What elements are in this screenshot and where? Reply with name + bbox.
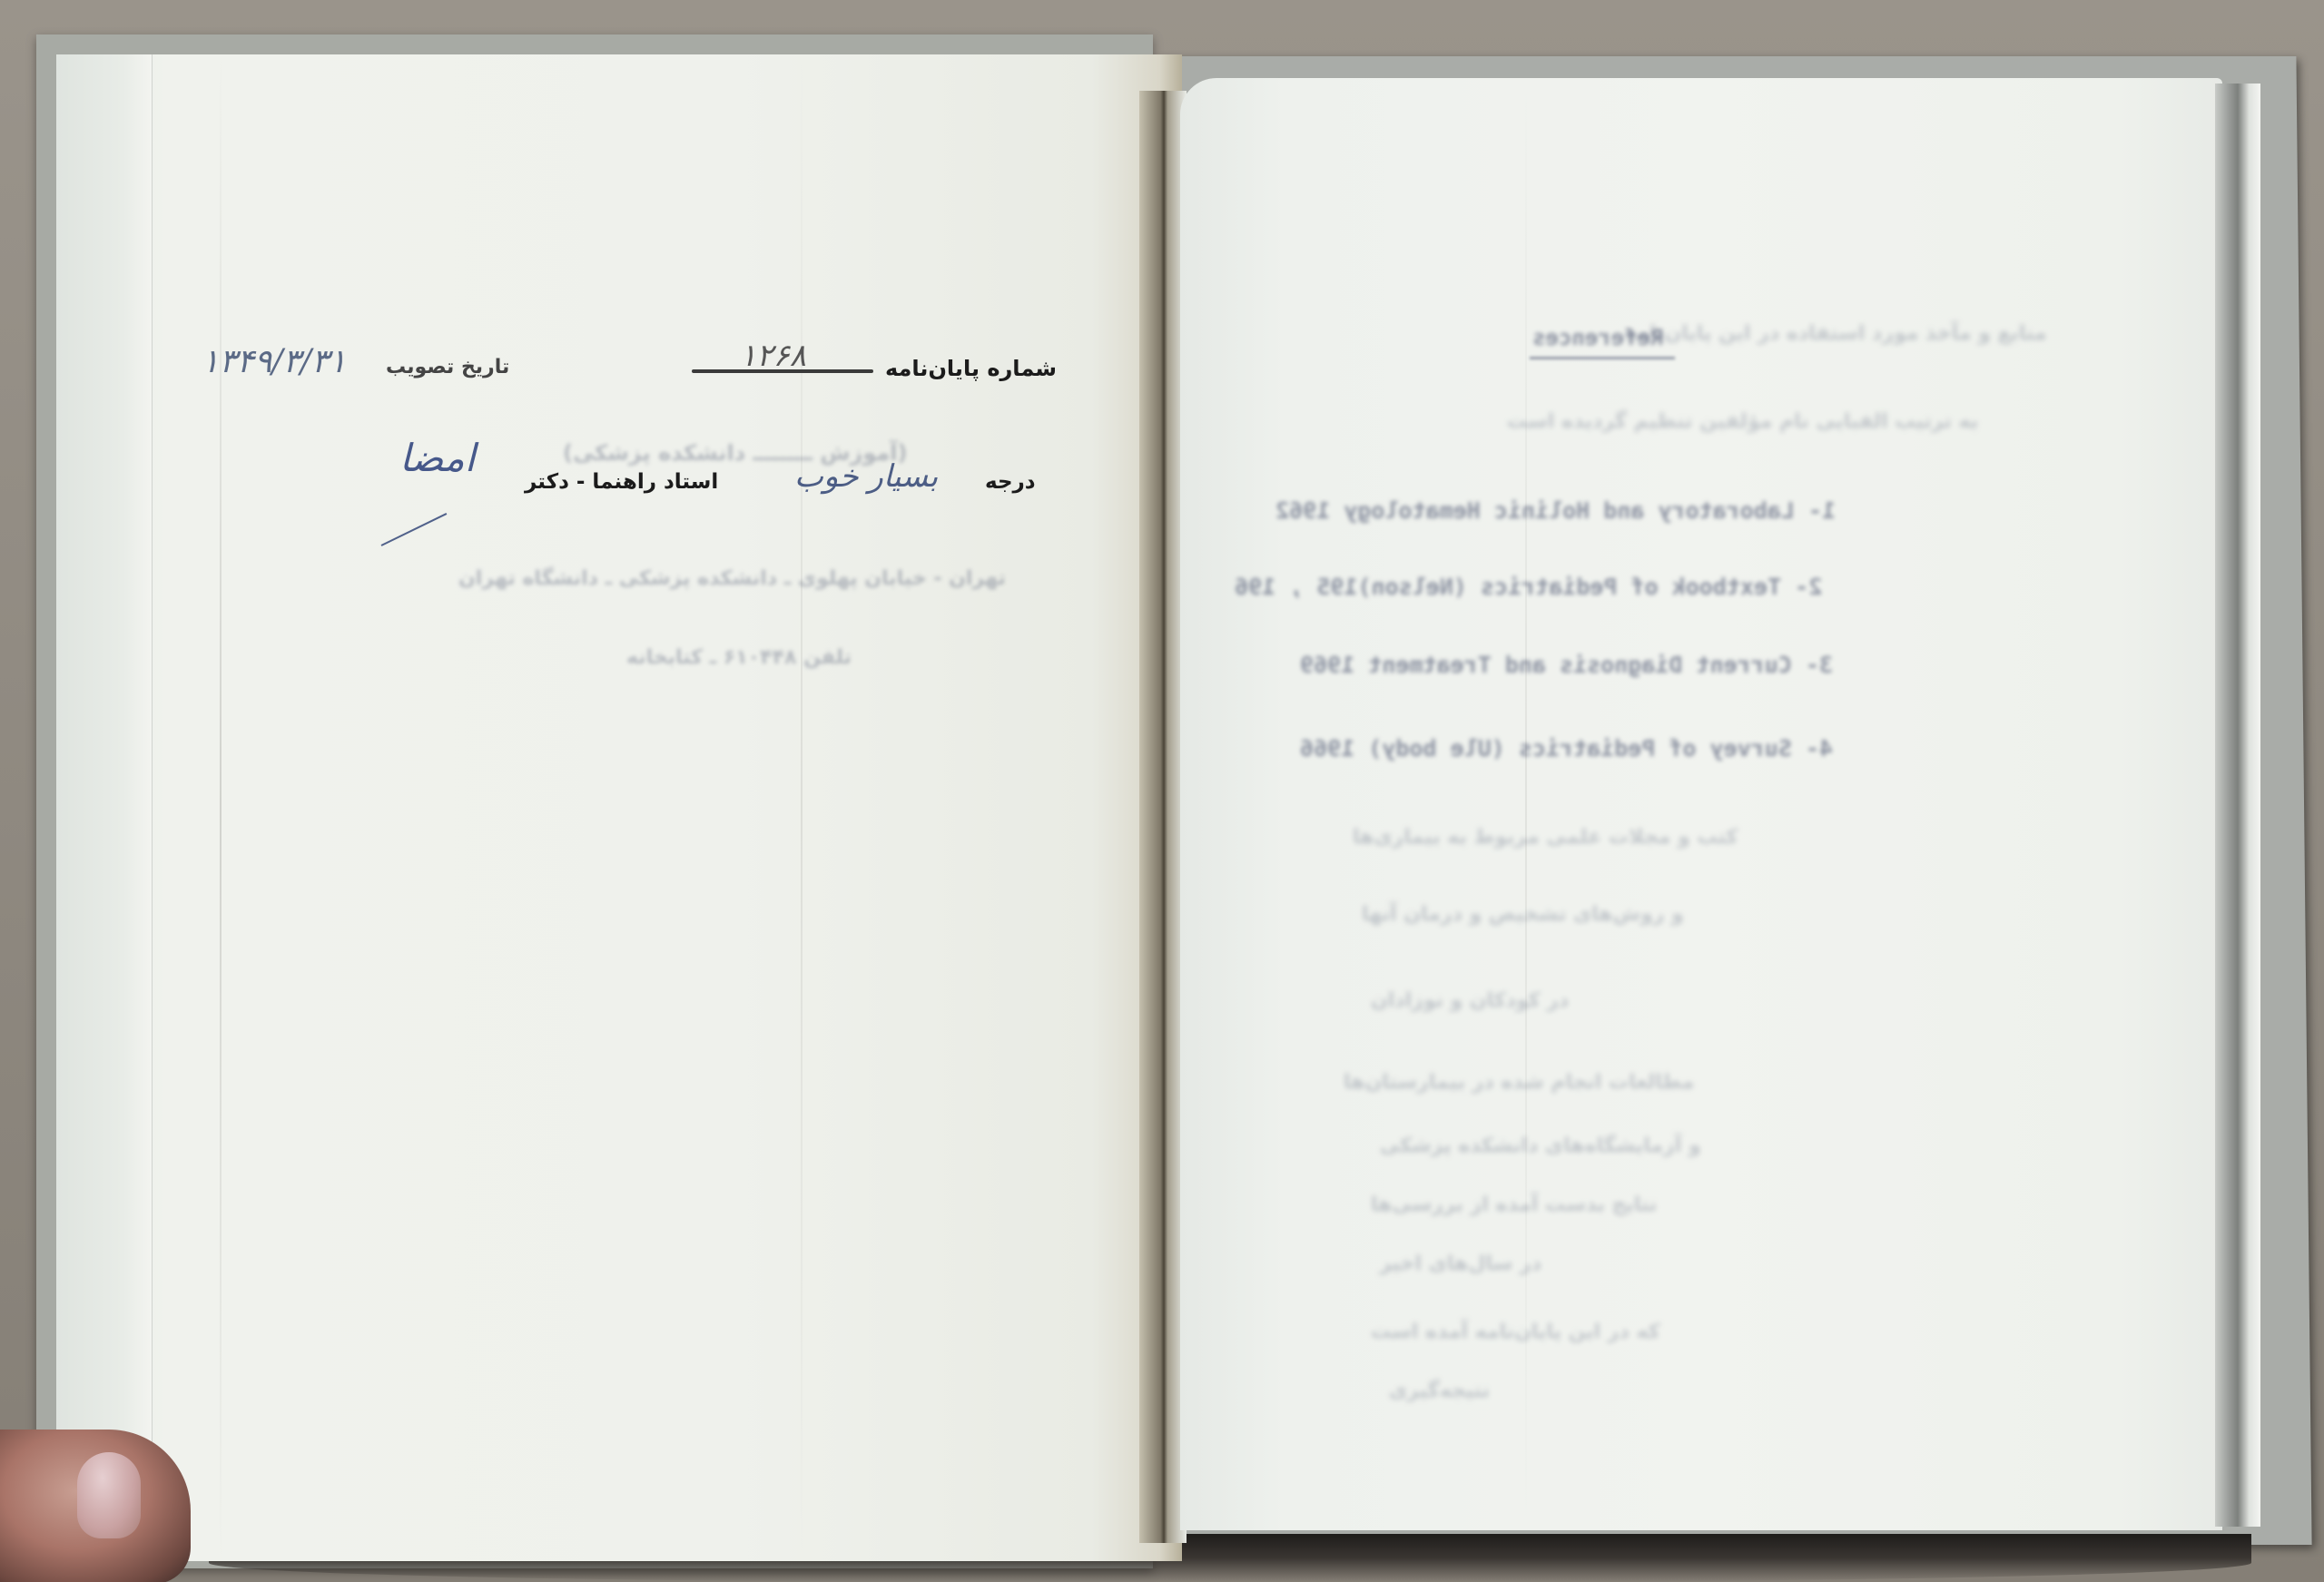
flyleaf-edge: [56, 54, 153, 1561]
reference-item-mirrored: 1- Laboratory and Holinic Hematology 196…: [1275, 497, 1836, 524]
thesis-number-handwritten: ۱۲۶۸: [740, 338, 806, 374]
supervisor-signature: امضا: [399, 436, 475, 480]
faded-show-through-line: کتب و مجلات علمی مربوط به بیماری‌ها: [1353, 826, 1738, 849]
faded-show-through-line: در کودکان و نوزادان: [1371, 989, 1569, 1012]
reference-item-mirrored: 3- Current Diagnosis and Treatment 1969: [1300, 652, 1833, 678]
reference-item-mirrored: 2- Textbook of Pediatrics (Nelson)195 , …: [1235, 574, 1822, 600]
photo-scene: شماره پایان‌نامه ۱۲۶۸ تاریخ تصویب ۱۳۴۹/۳…: [0, 0, 2324, 1582]
faded-show-through-line: در سال‌های اخیر: [1380, 1253, 1541, 1275]
faded-show-through-line: که در این پایان‌نامه آمده است: [1371, 1321, 1660, 1343]
right-page: [1180, 78, 2222, 1530]
page-block-edges: [2215, 84, 2260, 1527]
holding-thumb: [0, 1430, 191, 1582]
faded-show-through-line: نتیجه‌گیری: [1389, 1380, 1490, 1402]
faded-show-through-line: و آزمایشگاه‌های دانشکده پزشکی: [1380, 1135, 1701, 1157]
approval-date-label: تاریخ تصویب: [386, 356, 509, 378]
thesis-number-label: شماره پایان‌نامه: [885, 356, 1057, 381]
left-page: [56, 54, 1182, 1561]
paper-crease: [801, 54, 803, 1561]
faded-show-through-line: مطالعات انجام شده در بیمارستان‌ها: [1344, 1071, 1694, 1094]
approval-date-handwritten: ۱۳۴۹/۳/۳۱: [202, 343, 347, 380]
reference-item-mirrored: 4- Survey of Pediatrics (Ule body) 1966: [1300, 735, 1833, 762]
grade-label: درجه: [985, 470, 1036, 494]
faded-show-through-line: به ترتیب الفبایی نام مؤلفین تنظیم گردیده…: [1507, 410, 1978, 433]
faded-show-through-line: و روش‌های تشخیص و درمان آنها: [1362, 903, 1684, 926]
thumbnail: [77, 1452, 141, 1538]
paper-crease: [1525, 78, 1527, 1530]
supervisor-label: استاد راهنما - دکتر: [525, 470, 718, 494]
faded-print-line: تلفن ۶۱۰۴۴۸ ـ کتابخانه: [626, 646, 852, 669]
faded-print-line: تهران - خیابان پهلوی ـ دانشکده پزشکی ـ د…: [458, 567, 1006, 590]
paper-crease: [220, 54, 222, 1561]
faded-show-through-line: نتایج بدست آمده از بررسی‌ها: [1371, 1194, 1657, 1216]
grade-handwritten: بسیار خوب: [794, 458, 938, 495]
heading-underline: [1530, 357, 1675, 359]
faded-show-through-line: منابع و مآخذ مورد استفاده در این پایان‌ن…: [1625, 322, 2047, 345]
